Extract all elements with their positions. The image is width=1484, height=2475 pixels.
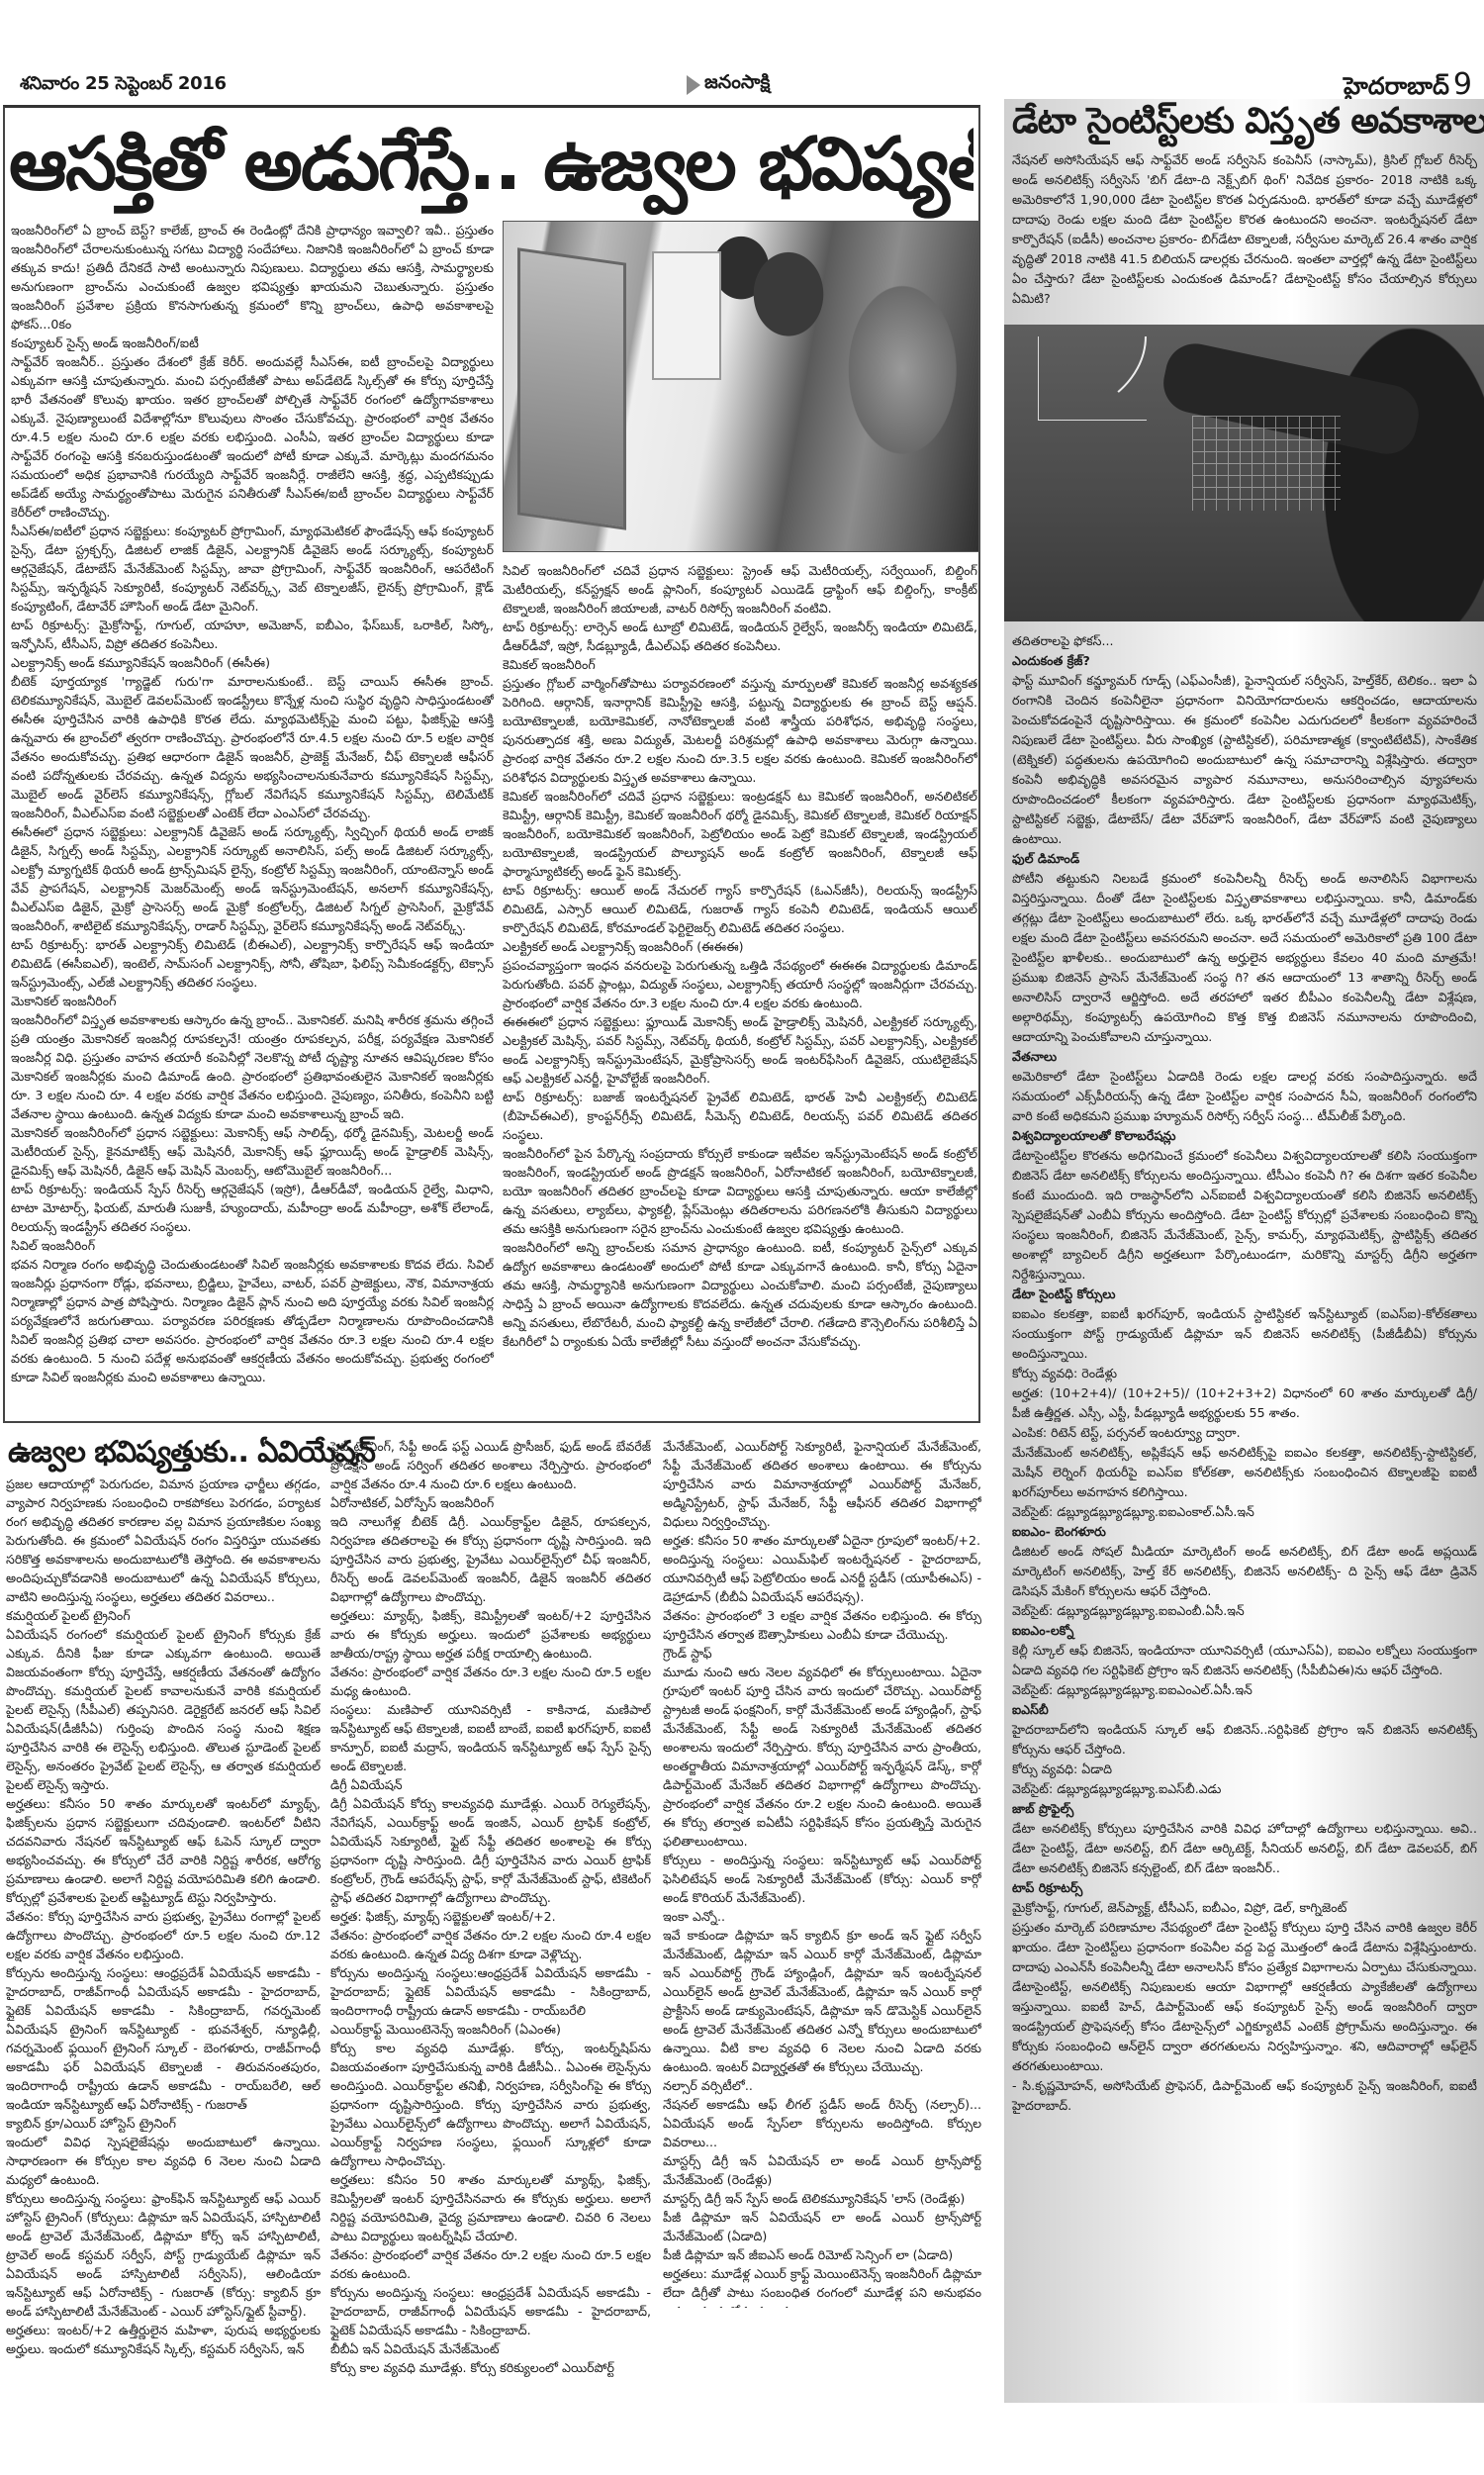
paragraph: ఇవే కాకుండా డిప్లొమా ఇన్ క్యాబిన్ క్రూ అ… — [663, 1926, 981, 2076]
paragraph: అర్హతలు: కనీసం 50 శాతం మార్కులతో ఇంటర్‌ల… — [6, 1794, 321, 1907]
paragraph: వేతనం: ప్రారంభంలో వార్షిక వేతనం రూ.2 లక్… — [330, 2245, 651, 2283]
paragraph: కోర్సును అందిస్తున్న సంస్థలు:ఆంధ్రప్రదేశ… — [330, 1963, 651, 2020]
paragraph: అర్హత: ఫిజిక్స్, మ్యాథ్స్ సబ్జెక్టులతో ఇ… — [330, 1907, 651, 1926]
section-subheading: మెకానికల్ ఇంజనీరింగ్ — [11, 992, 494, 1010]
grid-graphic — [1192, 416, 1341, 511]
section-subheading: గ్రౌండ్ స్టాఫ్ — [663, 1644, 981, 1663]
paragraph: - సి.కృష్ణమోహన్, అసోసియేట్ ప్రొఫెసర్, డి… — [1012, 2076, 1477, 2116]
paragraph: డిజిటల్ అండ్ సోషల్ మీడియా మార్కెటింగ్ అం… — [1012, 1542, 1477, 1601]
paragraph: పోటీని తట్టుకుని నిలబడే క్రమంలో కంపెనీలన… — [1012, 869, 1477, 1047]
paragraph: కోర్సు కాల వ్యవధి మూడేళ్లు. కోర్సు కరిక్… — [330, 2358, 651, 2377]
paragraph: పీజీ డిప్లొమా ఇన్ జీఐఎస్ అండ్ రిమోట్ సెన… — [663, 2245, 981, 2264]
paragraph: భవన నిర్మాణ రంగం అభివృద్ధి చెందుతుండటంతో… — [11, 1255, 494, 1386]
section-subheading: కంప్యూటర్ సైన్స్ అండ్ ఇంజనీరింగ్/ఐటీ — [11, 333, 494, 352]
aviation-column-2: ఫ్లైట్ ట్రైనింగ్, సేఫ్టీ అండ్ ఫస్ట్ ఎయిడ… — [330, 1437, 651, 2417]
paragraph: టాప్ రిక్రూటర్స్: భారత్ ఎలక్ట్రానిక్స్ ల… — [11, 935, 494, 992]
paragraph: వేతనం: కోర్సు పూర్తిచేసిన వారు ప్రభుత్వ,… — [6, 1907, 321, 1963]
paragraph: కోర్సులు అందిస్తున్న సంస్థలు: ఫ్రాంక్‌ఫి… — [6, 2189, 321, 2321]
sidebar-headline: డేటా సైంటిస్ట్‌లకు విస్తృత అవకాశాలు — [1012, 101, 1481, 150]
paragraph: అర్హతలు: మ్యాథ్స్, ఫిజిక్స్, కెమిస్ట్రీల… — [330, 1606, 651, 1663]
section-subheading: ఏరోనాటికల్, ఏరోస్పేస్ ఇంజనీరింగ్ — [330, 1493, 651, 1512]
paragraph: మేనేజ్‌మెంట్, ఎయిర్‌పోర్ట్ సెక్యూరిటీ, ఫ… — [663, 1437, 981, 1531]
paragraph: ఇంజనీరింగ్‌లో విస్తృత అవకాశాలకు ఆస్కారం … — [11, 1010, 494, 1123]
paragraph: మాస్టర్స్ డిగ్రీ ఇన్ స్పేస్ అండ్ టెలికమ్… — [663, 2189, 981, 2208]
paragraph: ఇది నాలుగేళ్ల బీటెక్ డిగ్రీ. ఎయిర్‌క్రాఫ… — [330, 1512, 651, 1606]
paragraph: కోర్సులు - అందిస్తున్న సంస్థలు: ఇన్‌స్టి… — [663, 1851, 981, 1907]
paragraph: అర్హతలు: మూడేళ్ల ఎయిర్ క్రాఫ్ట్ మెయింటెన… — [663, 2264, 981, 2308]
section-subheading: ఫుల్ డిమాండ్ — [1012, 849, 1477, 869]
paragraph: అర్హతలు: ఇంటర్/+2 ఉత్తీర్ణులైన మహిళా, పు… — [6, 2321, 321, 2358]
paragraph: టాప్ రిక్రూటర్స్: బజాజ్ ఇంటర్నేషనల్ ప్రై… — [503, 1088, 977, 1144]
paragraph: కెల్లీ స్కూల్ ఆఫ్ బిజినెస్, ఇండియానా యూన… — [1012, 1641, 1477, 1680]
paragraph: అర్హత: కనీసం 50 శాతం మార్కులతో ఏదైనా గ్ర… — [663, 1531, 981, 1550]
monitor-shape — [517, 247, 626, 529]
sidebar-body: తదితరాలపై ఫోకస్...ఎందుకంత క్రేజ్?ఫాస్ట్ … — [1012, 631, 1477, 2116]
paragraph: సాఫ్ట్‌వేర్ ఇంజనీర్.. ప్రస్తుతం దేశంలో క… — [11, 352, 494, 522]
sidebar-lede: నేషనల్ అసోసియేషన్ ఆఫ్ సాఫ్ట్‌వేర్ అండ్ స… — [1012, 150, 1477, 309]
paragraph: డేటాసైంటిస్ట్‌ల కొరతను అధిగమించే క్రమంలో… — [1012, 1146, 1477, 1285]
section-subheading: ఎలక్ట్రానిక్స్ అండ్ కమ్యూనికేషన్ ఇంజనీరి… — [11, 653, 494, 672]
paragraph: మూడు నుంచి ఆరు నెలల వ్యవధిలో ఈ కోర్సులుం… — [663, 1663, 981, 1851]
aviation-column-3: మేనేజ్‌మెంట్, ఎయిర్‌పోర్ట్ సెక్యూరిటీ, ఫ… — [663, 1437, 981, 2308]
data-scientist-touchscreen-photo — [1004, 325, 1484, 621]
paragraph: ప్రస్తుతం గ్లోబల్ వార్మింగ్‌తోపాటు పర్యా… — [503, 674, 977, 787]
section-subheading: క్యాబిన్ క్రూ/ఎయిర్ హోస్టెస్ ట్రైనింగ్ — [6, 2114, 321, 2133]
section-subheading: బీబీఏ ఇన్ ఏవియేషన్ మేనేజ్‌మెంట్ — [330, 2339, 651, 2358]
main-headline: ఆసక్తితో అడుగేస్తే.. ఉజ్వల భవిష్యత్! — [9, 110, 974, 219]
paragraph: ఇంజనీరింగ్‌లో అన్ని బ్రాంచ్‌లకు సమాన ప్ర… — [503, 1238, 977, 1351]
aviation-column-1: ప్రజల ఆదాయాల్లో పెరుగుదల, విమాన ప్రయాణ ఛ… — [6, 1475, 321, 2415]
paragraph: ఫాస్ట్ మూవింగ్ కన్జ్యూమర్ గూడ్స్ (ఎఫ్ఎంస… — [1012, 671, 1477, 849]
paragraph: మెకానికల్ ఇంజనీరింగ్‌లో ప్రధాన సబ్జెక్టు… — [11, 1123, 494, 1180]
paragraph: ఇంజనీరింగ్‌లో ఏ బ్రాంచ్ బెస్ట్? కాలేజ్, … — [11, 221, 494, 333]
logo-text: జనంసాక్షి — [704, 71, 770, 98]
paragraph: మైక్రోసాఫ్ట్, గూగుల్, జెన్‌ప్యాక్ట్, టీస… — [1012, 1898, 1477, 1918]
section-subheading: కమర్షియల్ పైలట్ ట్రైనింగ్ — [6, 1606, 321, 1625]
paragraph: కోర్సును అందిస్తున్న సంస్థలు: ఆంధ్రప్రదే… — [330, 2283, 651, 2339]
paragraph: కోర్సు వ్యవధి: ఏడాది — [1012, 1760, 1477, 1779]
paragraph: తదితరాలపై ఫోకస్... — [1012, 631, 1477, 651]
section-subheading: డేటా సైంటిస్ట్ కోర్సులు — [1012, 1285, 1477, 1304]
paragraph: ఏవియేషన్ రంగంలో కమర్షియల్ పైలట్ ట్రైనింగ… — [6, 1625, 321, 1794]
paragraph: ఐఐఎం కలకత్తా, ఐఐటీ ఖరగ్‌పూర్, ఇండియన్ స్… — [1012, 1304, 1477, 1364]
section-subheading: ఐఎస్‌బీ — [1012, 1700, 1477, 1720]
paragraph: హైదరాబాద్‌లోని ఇండియన్ స్కూల్ ఆఫ్ బిజినె… — [1012, 1720, 1477, 1760]
paragraph: ప్రజల ఆదాయాల్లో పెరుగుదల, విమాన ప్రయాణ ఛ… — [6, 1475, 321, 1606]
paragraph: నేషనల్ అకాడమీ ఆఫ్ లీగల్ స్టడీస్ అండ్ రీస… — [663, 2095, 981, 2151]
paragraph: వెబ్‌సైట్: డబ్ల్యూడబ్ల్యూడబ్ల్యూ.ఐఎస్‌బీ… — [1012, 1779, 1477, 1799]
paragraph: ప్రపంచవ్యాప్తంగా ఇంధన వనరులపై పెరుగుతున్… — [503, 956, 977, 1012]
paragraph: బీటెక్ పూర్తయ్యాక 'గ్యాడ్జెట్ గురు'గా మా… — [11, 672, 494, 822]
paragraph: సీఎస్ఈ/ఐటీలో ప్రధాన సబ్జెక్టులు: కంప్యూట… — [11, 522, 494, 616]
page-number: 9 — [1453, 67, 1472, 102]
paragraph: ఈఈఈలో ప్రధాన సబ్జెక్టులు: ఫ్లూయిడ్ మెకాన… — [503, 1012, 977, 1088]
paragraph: ఇంజనీరింగ్‌లో పైన పేర్కొన్న సంప్రదాయ కోర… — [503, 1144, 977, 1238]
paragraph: సంస్థలు: మణిపాల్ యూనివర్సిటీ - కాకినాడ, … — [330, 1700, 651, 1775]
issue-date: శనివారం 25 సెప్టెంబర్ 2016 — [20, 73, 227, 98]
paragraph: అర్హతలు: కనీసం 50 శాతం మార్కులతో మ్యాథ్స… — [330, 2170, 651, 2245]
paragraph: పీజీ డిప్లొమా ఇన్ ఏవియేషన్ లా అండ్ ఎయిర్… — [663, 2208, 981, 2245]
paragraph: వెబ్‌సైట్: డబ్ల్యూడబ్ల్యూడబ్ల్యూ.ఐఐఎంఎల్… — [1012, 1680, 1477, 1700]
section-subheading: జాబ్ ప్రొఫైల్స్ — [1012, 1799, 1477, 1819]
newspaper-logo: జనంసాక్షి — [687, 71, 770, 98]
paragraph: వేతనం: ప్రారంభంలో 3 లక్షల వార్షిక వేతనం … — [663, 1606, 981, 1644]
paragraph: అర్హత: (10+2+4)/ (10+2+5)/ (10+2+3+2) వి… — [1012, 1383, 1477, 1423]
aviation-headline: ఉజ్వల భవిష్యత్తుకు.. ఏవియేషన్ — [8, 1435, 325, 1476]
paragraph: వెబ్‌సైట్: డబ్ల్యూడబ్ల్యూడబ్ల్యూ.ఐఐఎంకాల… — [1012, 1502, 1477, 1522]
main-article: ఆసక్తితో అడుగేస్తే.. ఉజ్వల భవిష్యత్! ఇంజ… — [3, 105, 980, 1423]
section-subheading: టాప్ రిక్రూటర్స్ — [1012, 1878, 1477, 1898]
section-subheading: విశ్వవిద్యాలయాలతో కొలాబరేషన్లు — [1012, 1126, 1477, 1146]
section-subheading: ఎయిర్‌క్రాఫ్ట్ మెయింటెనెన్స్ ఇంజనీరింగ్ … — [330, 2020, 651, 2039]
paragraph: కెమికల్ ఇంజనీరింగ్‌లో చదివే ప్రధాన సబ్జె… — [503, 787, 977, 881]
section-subheading: ఐఐఎం-లక్నో — [1012, 1621, 1477, 1641]
edition-name: హైదరాబాద్ — [1344, 72, 1449, 100]
section-subheading: కెమికల్ ఇంజనీరింగ్ — [503, 655, 977, 674]
section-subheading: ఎలక్ట్రికల్ అండ్ ఎలక్ట్రానిక్స్ ఇంజనీరిం… — [503, 937, 977, 956]
main-article-column-right: సివిల్ ఇంజనీరింగ్‌లో చదివే ప్రధాన సబ్జెక… — [503, 561, 977, 1420]
paragraph: టాప్ రిక్రూటర్స్: ఆయిల్ అండ్ నేచురల్ గ్య… — [503, 881, 977, 937]
paragraph: వెబ్‌సైట్: డబ్ల్యూడబ్ల్యూడబ్ల్యూ.ఐఐఎంబీ.… — [1012, 1601, 1477, 1621]
paragraph: వేతనం: ప్రారంభంలో వార్షిక వేతనం రూ.2 లక్… — [330, 1926, 651, 1963]
paragraph: సివిల్ ఇంజనీరింగ్‌లో చదివే ప్రధాన సబ్జెక… — [503, 561, 977, 618]
paragraph: ఎంపిక: రిటెన్ టెస్ట్, పర్సనల్ ఇంటర్వ్యూ … — [1012, 1423, 1477, 1443]
students-at-computers-photo — [503, 221, 979, 552]
section-subheading: వేతనాలు — [1012, 1047, 1477, 1067]
paragraph: ఫ్లైట్ ట్రైనింగ్, సేఫ్టీ అండ్ ఫస్ట్ ఎయిడ… — [330, 1437, 651, 1493]
paragraph: వేతనం: ప్రారంభంలో వార్షిక వేతనం రూ.3 లక్… — [330, 1663, 651, 1700]
section-subheading: ఎందుకంత క్రేజ్? — [1012, 651, 1477, 671]
section-subheading: డిగ్రీ ఏవియేషన్ — [330, 1775, 651, 1794]
paragraph: ఇందులో వివిధ స్పెషలైజేషన్లు అందుబాటులో ఉ… — [6, 2133, 321, 2189]
section-subheading: సివిల్ ఇంజనీరింగ్ — [11, 1236, 494, 1255]
paragraph: అమెరికాలో డేటా సైంటిస్ట్‌లు ఏడాదికి రెండ… — [1012, 1067, 1477, 1126]
paragraph: డేటా అనలిటిక్స్ కోర్సులు పూర్తిచేసిన వార… — [1012, 1819, 1477, 1878]
section-subheading: ఇంకా ఎన్నో.. — [663, 1907, 981, 1926]
paragraph: టాప్ రిక్రూటర్స్: లార్సెన్ అండ్ టూబ్రో ల… — [503, 618, 977, 655]
paragraph: కోర్సు కాల వ్యవధి మూడేళ్లు. కోర్సు, ఇంటర… — [330, 2039, 651, 2170]
section-subheading: నల్సార్ వర్సిటీలో.. — [663, 2076, 981, 2095]
paragraph: అందిస్తున్న సంస్థలు: ఎయిమ్‌ఫిల్ ఇంటర్నేష… — [663, 1550, 981, 1606]
paragraph: కోర్సు వ్యవధి: రెండేళ్లు — [1012, 1364, 1477, 1383]
paragraph: కోర్సును అందిస్తున్న సంస్థలు: ఆంధ్రప్రదే… — [6, 1963, 321, 2114]
paragraph: టాప్ రిక్రూటర్స్: ఇండియన్ స్పేస్ రీసెర్చ… — [11, 1180, 494, 1236]
data-scientist-sidebar: డేటా సైంటిస్ట్‌లకు విస్తృత అవకాశాలు నేషన… — [1004, 99, 1484, 2403]
paragraph: డిగ్రీ ఏవియేషన్ కోర్సు కాలవ్యవధి మూడేళ్ల… — [330, 1794, 651, 1907]
triangle-logo-icon — [687, 75, 700, 95]
paragraph: మేనేజ్‌మెంట్ అనలిటిక్స్, అప్లికేషన్ ఆఫ్ … — [1012, 1443, 1477, 1502]
paragraph: ఈసీఈలో ప్రధాన సబ్జెక్టులు: ఎలక్ట్రానిక్ … — [11, 822, 494, 935]
paragraph: మాస్టర్స్ డిగ్రీ ఇన్ ఏవియేషన్ లా అండ్ ఎయ… — [663, 2151, 981, 2189]
paragraph: టాప్ రిక్రూటర్స్: మైక్రోసాఫ్ట్, గూగుల్, … — [11, 616, 494, 653]
main-article-column-left: ఇంజనీరింగ్‌లో ఏ బ్రాంచ్ బెస్ట్? కాలేజ్, … — [11, 221, 494, 1420]
monitor-shape — [652, 251, 721, 380]
paragraph: ప్రస్తుతం మార్కెట్ పరిణామాల నేపథ్యంలో డే… — [1012, 1918, 1477, 2076]
section-subheading: ఐఐఎం- బెంగళూరు — [1012, 1522, 1477, 1542]
